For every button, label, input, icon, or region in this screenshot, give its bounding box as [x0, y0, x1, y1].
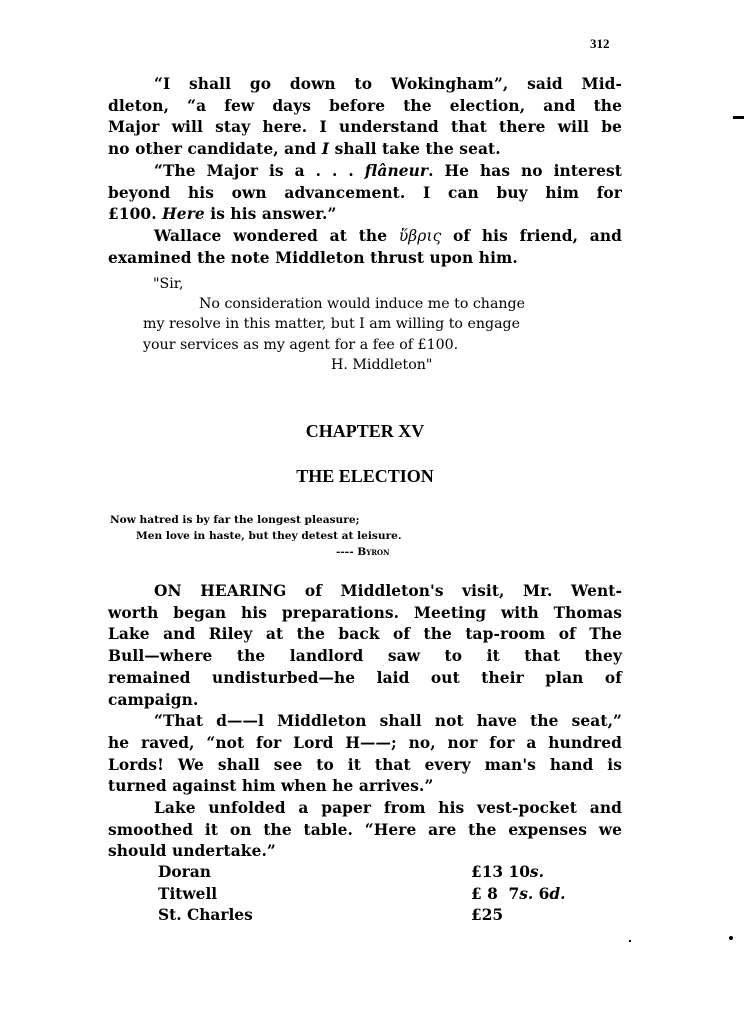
- epigraph-line: Now hatred is by far the longest pleasur…: [110, 512, 402, 528]
- text-line: Lords! We shall see to it that every man…: [108, 755, 622, 777]
- text-line: Wallace wondered at the ὕβρις of his fri…: [108, 226, 622, 248]
- narrative-text: ON HEARING of Middleton's visit, Mr. Wen…: [108, 581, 622, 863]
- chapter-title: THE ELECTION: [108, 466, 622, 487]
- text-run: of his friend, and: [441, 227, 622, 245]
- text-line: should undertake.”: [108, 841, 622, 863]
- chapter-number: CHAPTER XV: [108, 421, 622, 442]
- epigraph: Now hatred is by far the longest pleasur…: [110, 512, 402, 560]
- letter-line: my resolve in this matter, but I am will…: [143, 314, 603, 334]
- expense-amount: £25: [471, 905, 503, 927]
- text-run: shall take the seat.: [329, 140, 501, 158]
- italic-run: Here: [162, 205, 205, 223]
- expense-name: Titwell: [158, 884, 471, 906]
- text-line: no other candidate, and I shall take the…: [108, 139, 622, 161]
- expense-amount: £13 10s.: [471, 862, 544, 884]
- letter: "Sir, No consideration would induce me t…: [143, 274, 603, 375]
- text-run: £100.: [108, 205, 162, 223]
- text-line: remained undisturbed—he laid out their p…: [108, 668, 622, 690]
- text-line: Bull—where the landlord saw to it that t…: [108, 646, 622, 668]
- attribution-name: Byron: [357, 546, 389, 558]
- paragraph: “The Major is a . . . flâneur. He has no…: [108, 161, 622, 226]
- scan-speck: [629, 940, 631, 942]
- greek-run: ὕβρις: [399, 227, 441, 245]
- text-line: he raved, “not for Lord H——; no, nor for…: [108, 733, 622, 755]
- opening-text: “I shall go down to Wokingham”, said Mid…: [108, 74, 622, 269]
- paragraph: ON HEARING of Middleton's visit, Mr. Wen…: [108, 581, 622, 711]
- text-run: Wallace wondered at the: [154, 227, 399, 245]
- letter-line: your services as my agent for a fee of £…: [143, 335, 603, 355]
- text-line: dleton, “a few days before the election,…: [108, 96, 622, 118]
- expenses-table: Doran £13 10s. Titwell £ 8 7s. 6d. St. C…: [158, 862, 565, 927]
- epigraph-attribution: ---- Byron: [110, 544, 402, 560]
- letter-line: No consideration would induce me to chan…: [143, 294, 603, 314]
- text-run: is his answer.”: [205, 205, 337, 223]
- expense-row: St. Charles £25: [158, 905, 565, 927]
- paragraph: “That d——l Middleton shall not have the …: [108, 711, 622, 798]
- amount-run: £13 10: [471, 863, 530, 881]
- amount-italic: d.: [549, 885, 565, 903]
- text-run: no other candidate, and: [108, 140, 322, 158]
- text-line: campaign.: [108, 690, 622, 712]
- amount-run: £ 8 7: [471, 885, 519, 903]
- paragraph: “I shall go down to Wokingham”, said Mid…: [108, 74, 622, 161]
- expense-row: Titwell £ 8 7s. 6d.: [158, 884, 565, 906]
- book-page: 312 “I shall go down to Wokingham”, said…: [0, 0, 750, 1032]
- italic-run: flâneur: [365, 162, 428, 180]
- page-number: 312: [590, 36, 610, 52]
- text-line: ON HEARING of Middleton's visit, Mr. Wen…: [108, 581, 622, 603]
- letter-signature: H. Middleton": [143, 355, 603, 375]
- text-line: “I shall go down to Wokingham”, said Mid…: [108, 74, 622, 96]
- text-line: smoothed it on the table. “Here are the …: [108, 820, 622, 842]
- expense-row: Doran £13 10s.: [158, 862, 565, 884]
- scan-speck: [729, 936, 733, 940]
- text-line: “That d——l Middleton shall not have the …: [108, 711, 622, 733]
- letter-salutation: "Sir,: [143, 274, 603, 294]
- paragraph: Lake unfolded a paper from his vest-pock…: [108, 798, 622, 863]
- amount-run: £25: [471, 906, 503, 924]
- amount-run: 6: [533, 885, 549, 903]
- text-line: Major will stay here. I understand that …: [108, 117, 622, 139]
- expense-amount: £ 8 7s. 6d.: [471, 884, 565, 906]
- paragraph: Wallace wondered at the ὕβρις of his fri…: [108, 226, 622, 269]
- text-line: Lake and Riley at the back of the tap-ro…: [108, 624, 622, 646]
- attribution-dash: ----: [336, 546, 357, 558]
- text-line: “The Major is a . . . flâneur. He has no…: [108, 161, 622, 183]
- expense-name: Doran: [158, 862, 471, 884]
- text-line: Lake unfolded a paper from his vest-pock…: [108, 798, 622, 820]
- amount-italic: s.: [530, 863, 544, 881]
- text-line: worth began his preparations. Meeting wi…: [108, 603, 622, 625]
- text-run: . He has no interest: [428, 162, 622, 180]
- amount-italic: s.: [519, 885, 533, 903]
- epigraph-line: Men love in haste, but they detest at le…: [110, 528, 402, 544]
- text-line: £100. Here is his answer.”: [108, 204, 622, 226]
- scan-mark: [733, 116, 744, 119]
- expense-name: St. Charles: [158, 905, 471, 927]
- text-line: beyond his own advancement. I can buy hi…: [108, 183, 622, 205]
- text-run: “The Major is a . . .: [154, 162, 365, 180]
- text-line: examined the note Middleton thrust upon …: [108, 248, 622, 270]
- text-line: turned against him when he arrives.”: [108, 776, 622, 798]
